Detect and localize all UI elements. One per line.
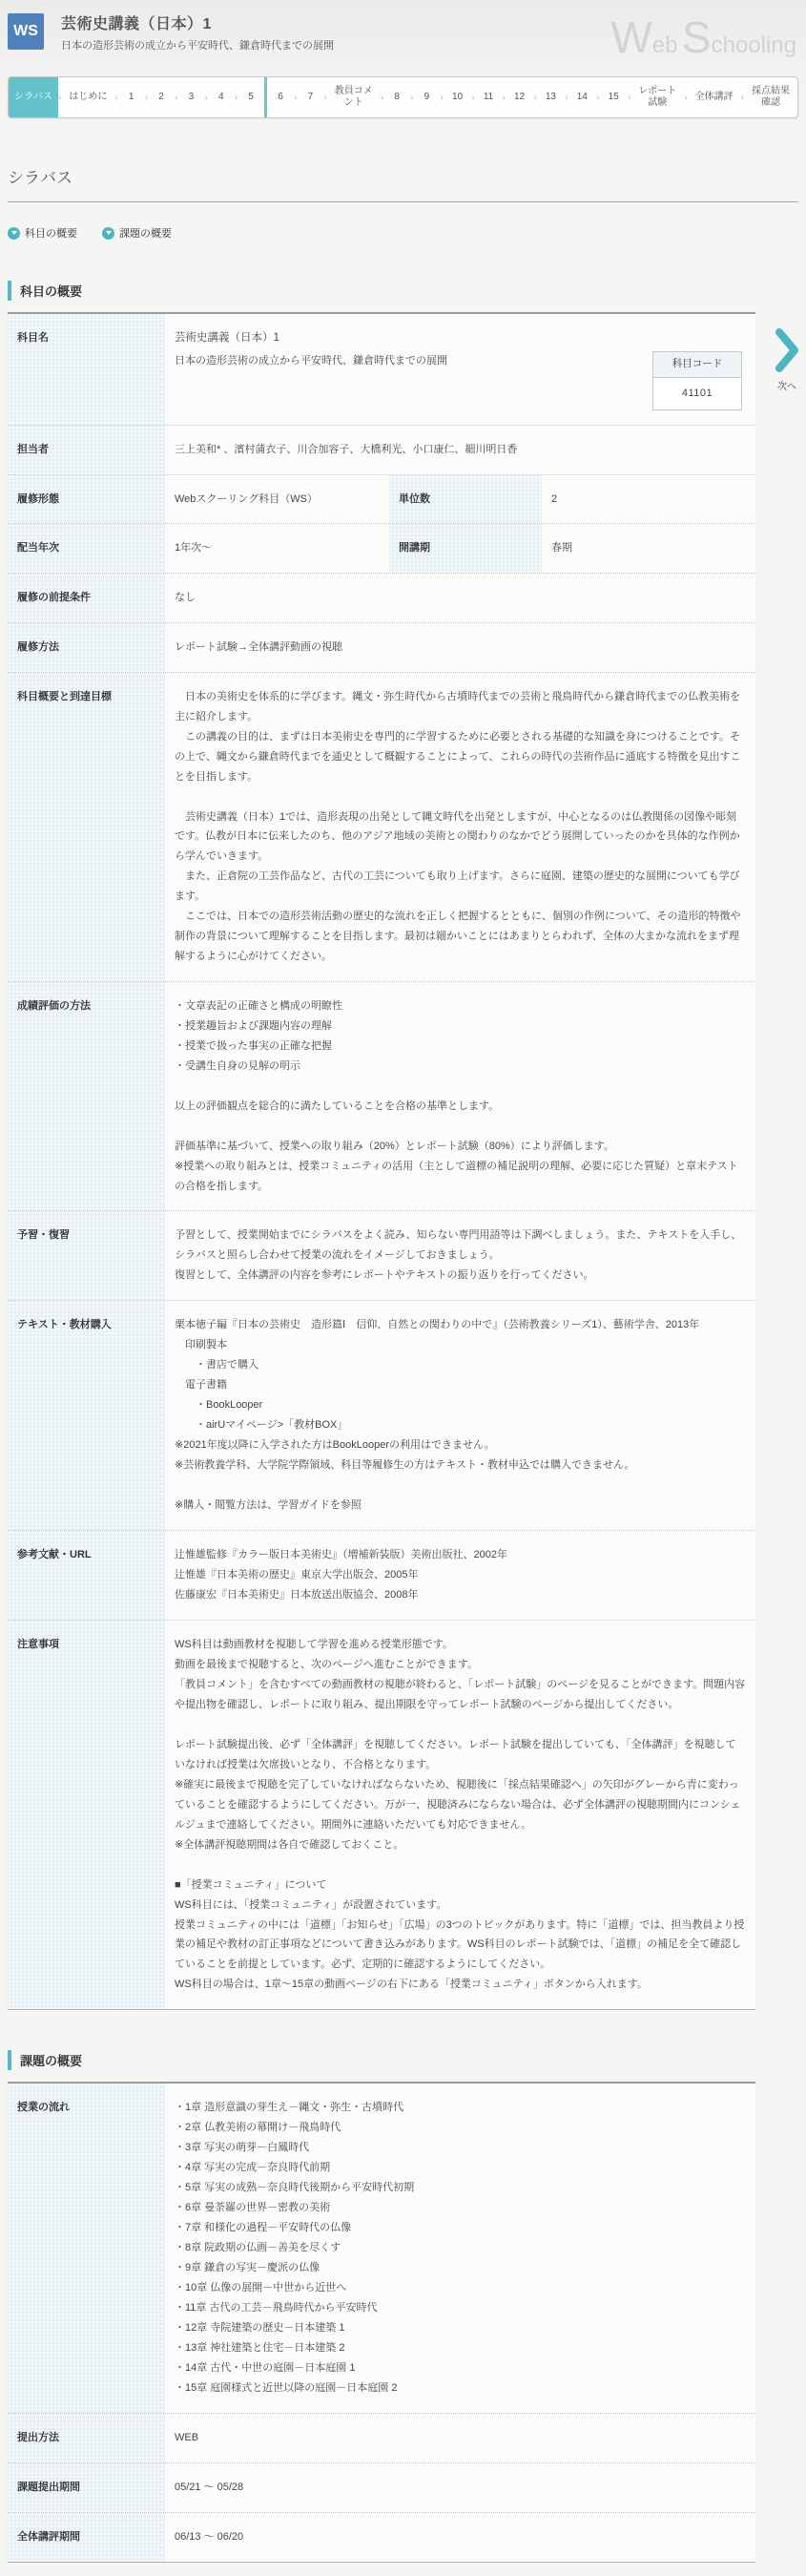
table-row-submit-method: 提出方法 WEB	[8, 2414, 755, 2463]
text-line: ・10章 仏像の展開－中世から近世へ	[175, 2278, 746, 2298]
tab-1[interactable]: 1	[118, 77, 145, 117]
divider	[8, 201, 798, 202]
text-line: ・3章 写実の萌芽－白鳳時代	[175, 2138, 746, 2158]
format-value: Webスクーリング科目（WS）	[165, 475, 389, 524]
row-label-term: 開講期	[389, 524, 542, 573]
anchor-link-course-overview[interactable]: 科目の概要	[8, 225, 77, 241]
text-line: ※購入・閲覧方法は、学習ガイドを参照	[175, 1496, 746, 1516]
text-line: ・13章 神社建築と住宅－日本建築 2	[175, 2338, 746, 2358]
text-line	[175, 787, 746, 807]
tab-採点結果確認[interactable]: 採点結果確認	[744, 77, 797, 117]
anchor-label: 科目の概要	[25, 225, 77, 241]
syllabus-page: WS 芸術史講義（日本）1 日本の造形芸術の成立から平安時代、鎌倉時代までの展開…	[0, 0, 806, 2576]
tab-3[interactable]: 3	[177, 77, 204, 117]
text-line: ・2章 仏教美術の幕開け－飛鳥時代	[175, 2118, 746, 2138]
text-line: ・8章 院政期の仏画－善美を尽くす	[175, 2238, 746, 2258]
text-line: ここでは、日本での造形芸術活動の歴史的な流れを正しく把握するとともに、個別の作例…	[175, 907, 746, 967]
ws-logo: WS	[8, 13, 44, 50]
subject-subtitle: 日本の造形芸術の成立から平安時代、鎌倉時代までの展開	[175, 351, 447, 371]
submit-method-value: WEB	[165, 2414, 755, 2462]
tab-2[interactable]: 2	[148, 77, 175, 117]
grading-text: ・文章表記の正確さと構成の明瞭性・授業趣旨および課題内容の理解・授業で扱った事実…	[165, 982, 755, 1211]
text-line: ※授業への取り組みとは、授業コミュニティの活用（主として道標の補足説明の理解、必…	[175, 1157, 746, 1197]
tab-8[interactable]: 8	[383, 77, 410, 117]
text-line: ・9章 鎌倉の写実－慶派の仏像	[175, 2258, 746, 2278]
row-label: 参考文献・URL	[8, 1531, 165, 1620]
text-line: ・授業趣旨および課題内容の理解	[175, 1016, 746, 1037]
text-line: ・BookLooper	[175, 1395, 746, 1415]
text-line: 辻惟雄監修『カラー版日本美術史』（増補新装版）美術出版社、2002年	[175, 1545, 746, 1565]
table-row-grading: 成績評価の方法 ・文章表記の正確さと構成の明瞭性・授業趣旨および課題内容の理解・…	[8, 982, 755, 1212]
text-line: 授業コミュニティの中には「道標」「お知らせ」「広場」の3つのトピックがあります。…	[175, 1916, 746, 1976]
course-code-value: 41101	[653, 378, 741, 409]
text-line: 辻惟雄『日本美術の歴史』東京大学出版会、2005年	[175, 1565, 746, 1585]
row-label: 履修方法	[8, 623, 165, 672]
text-line: 以上の評価観点を総合的に満たしていることを合格の基準とします。	[175, 1097, 746, 1117]
anchor-link-assignment-overview[interactable]: 課題の概要	[102, 225, 172, 241]
text-line: 「教員コメント」を含むすべての動画教材の視聴が終わると、「レポート試験」のページ…	[175, 1675, 746, 1715]
row-label: 科目名	[8, 314, 165, 425]
submit-period-value: 05/21 ～ 05/28	[165, 2463, 755, 2512]
text-line: ※芸術教養学科、大学院学際領域、科目等履修生の方はテキスト・教材申込では購入でき…	[175, 1456, 746, 1476]
method-value: レポート試験→全体講評動画の視聴	[165, 623, 755, 672]
tab-シラバス[interactable]: シラバス	[9, 77, 58, 117]
text-line: ・7章 和様化の過程－平安時代の仏像	[175, 2218, 746, 2238]
text-line: 栗本徳子編『日本の芸術史 造形篇Ⅰ 信仰、自然との関わりの中で』（芸術教養シリー…	[175, 1315, 746, 1335]
chapter-nav: シラバス›はじめに›1›2›3›4›56›7›教員コメント›8›9›10›11›…	[8, 76, 798, 118]
row-label: 授業の流れ	[8, 2084, 165, 2413]
text-line: ・14章 古代・中世の庭園－日本庭園 1	[175, 2358, 746, 2378]
text-line: ・6章 曼荼羅の世界－密教の美術	[175, 2198, 746, 2218]
text-line: 動画を最後まで視聴すると、次のページへ進むことができます。	[175, 1655, 746, 1675]
brand-letter: W	[610, 12, 651, 62]
term-value: 春期	[542, 524, 733, 573]
text-line: ※確実に最後まで視聴を完了していなければならないため、視聴後に「採点結果確認へ」…	[175, 1775, 746, 1835]
text-line: WS科目は動画教材を視聴して学習を進める授業形態です。	[175, 1635, 746, 1655]
text-line: レポート試験提出後、必ず「全体講評」を視聴してください。レポート試験を提出してい…	[175, 1735, 746, 1775]
table-row-prerequisite: 履修の前提条件 なし	[8, 574, 755, 623]
text-line: この講義の目的は、まずは日本美術史を専門的に学習するために必要とされる基礎的な知…	[175, 727, 746, 787]
row-label: テキスト・教材購入	[8, 1301, 165, 1530]
table-row-flow: 授業の流れ ・1章 造形意識の芽生え－縄文・弥生・古墳時代・2章 仏教美術の幕開…	[8, 2084, 755, 2414]
text-line	[175, 1476, 746, 1496]
tab-4[interactable]: 4	[208, 77, 235, 117]
assignment-table: 授業の流れ ・1章 造形意識の芽生え－縄文・弥生・古墳時代・2章 仏教美術の幕開…	[8, 2082, 755, 2563]
spacer-cell	[733, 524, 755, 573]
table-row-outline: 科目概要と到達目標 日本の美術史を体系的に学びます。縄文・弥生時代から古墳時代ま…	[8, 673, 755, 982]
text-line: ・書店で購入	[175, 1355, 746, 1375]
row-label: 配当年次	[8, 524, 165, 573]
text-line: ■「授業コミュニティ」について	[175, 1875, 746, 1895]
text-line	[175, 1855, 746, 1875]
tab-5[interactable]: 5	[238, 77, 264, 117]
text-line: ・授業で扱った事実の正確な把握	[175, 1037, 746, 1057]
page-title: シラバス	[8, 164, 798, 188]
review-period-value: 06/13 ～ 06/20	[165, 2513, 755, 2562]
anchor-down-icon	[102, 227, 114, 240]
text-line: 印刷製本	[175, 1335, 746, 1355]
text-line: ※全体講評視聴期間は各自で確認しておくこと。	[175, 1835, 746, 1855]
preparation-text: 予習として、授業開始までにシラバスをよく読み、知らない専門用語等は下調べしましょ…	[165, 1211, 755, 1300]
references-text: 辻惟雄監修『カラー版日本美術史』（増補新装版）美術出版社、2002年辻惟雄『日本…	[165, 1531, 755, 1620]
text-line: 電子書籍	[175, 1375, 746, 1395]
subject-cell: 芸術史講義（日本）1 日本の造形芸術の成立から平安時代、鎌倉時代までの展開 科目…	[165, 314, 755, 425]
tab-13[interactable]: 13	[537, 77, 566, 117]
row-label: 科目概要と到達目標	[8, 673, 165, 981]
flow-chapter-list: ・1章 造形意識の芽生え－縄文・弥生・古墳時代・2章 仏教美術の幕開け－飛鳥時代…	[165, 2084, 755, 2413]
table-row-review-period: 全体講評期間 06/13 ～ 06/20	[8, 2513, 755, 2562]
tab-はじめに[interactable]: はじめに	[61, 77, 114, 117]
prerequisite-value: なし	[165, 574, 755, 622]
year-value: 1年次〜	[165, 524, 389, 573]
next-label: 次へ	[771, 378, 803, 392]
text-line: ※2021年度以降に入学された方はBookLooperの利用はできません。	[175, 1435, 746, 1456]
row-label: 履修の前提条件	[8, 574, 165, 622]
text-line: ・4章 写実の完成－奈良時代前期	[175, 2158, 746, 2178]
tab-10[interactable]: 10	[444, 77, 472, 117]
text-line: 芸術史講義（日本）1では、造形表現の出発として縄文時代を出発としますが、中心とな…	[175, 807, 746, 868]
table-row-subject: 科目名 芸術史講義（日本）1 日本の造形芸術の成立から平安時代、鎌倉時代までの展…	[8, 314, 755, 426]
tab-15[interactable]: 15	[599, 77, 628, 117]
subject-name: 芸術史講義（日本）1	[175, 328, 746, 349]
brand-letter: S	[682, 12, 712, 62]
row-label: 成績評価の方法	[8, 982, 165, 1211]
web-schooling-logo: Web Schooling	[610, 15, 796, 59]
textbook-text: 栗本徳子編『日本の芸術史 造形篇Ⅰ 信仰、自然との関わりの中で』（芸術教養シリー…	[165, 1301, 755, 1530]
anchor-label: 課題の概要	[119, 225, 172, 241]
course-code-label: 科目コード	[653, 352, 741, 378]
credits-value: 2	[542, 475, 733, 524]
tab-9[interactable]: 9	[413, 77, 440, 117]
chevron-right-icon	[775, 328, 799, 372]
next-button[interactable]: 次へ	[771, 328, 803, 392]
text-line: WS科目には、「授業コミュニティ」が設置されています。	[175, 1895, 746, 1916]
instructors-value: 三上美和* 、濱村蒲衣子、川合加容子、大橋利光、小口康仁、細川明日香	[165, 426, 755, 474]
course-overview-table: 科目名 芸術史講義（日本）1 日本の造形芸術の成立から平安時代、鎌倉時代までの展…	[8, 312, 755, 2010]
text-line: また、正倉院の工芸作品など、古代の工芸についても取り上げます。さらに庭園、建築の…	[175, 867, 746, 907]
tab-14[interactable]: 14	[568, 77, 597, 117]
text-line: ・11章 古代の工芸－飛鳥時代から平安時代	[175, 2298, 746, 2318]
text-line	[175, 1077, 746, 1097]
row-label: 注意事項	[8, 1621, 165, 2009]
tab-全体講評[interactable]: 全体講評	[688, 77, 741, 117]
text-line: ・5章 写実の成熟－奈良時代後期から平安時代初期	[175, 2178, 746, 2198]
tab-12[interactable]: 12	[506, 77, 534, 117]
text-line: ・文章表記の正確さと構成の明瞭性	[175, 996, 746, 1016]
anchor-links: 科目の概要 課題の概要	[8, 225, 798, 241]
row-label: 全体講評期間	[8, 2513, 165, 2562]
anchor-down-icon	[8, 227, 20, 240]
text-line: 佐藤康宏『日本美術史』日本放送出版協会、2008年	[175, 1585, 746, 1605]
table-row-references: 参考文献・URL 辻惟雄監修『カラー版日本美術史』（増補新装版）美術出版社、20…	[8, 1531, 755, 1621]
spacer-cell	[733, 475, 755, 524]
table-row-format: 履修形態 Webスクーリング科目（WS） 単位数 2	[8, 475, 755, 525]
app-header: WS 芸術史講義（日本）1 日本の造形芸術の成立から平安時代、鎌倉時代までの展開…	[0, 0, 806, 73]
tab-教員コメント[interactable]: 教員コメント	[327, 77, 381, 117]
text-line: ・1章 造形意識の芽生え－縄文・弥生・古墳時代	[175, 2098, 746, 2118]
row-label: 履修形態	[8, 475, 165, 524]
text-line: ・airUマイページ>「教材BOX」	[175, 1415, 746, 1435]
table-row-submit-period: 課題提出期間 05/21 ～ 05/28	[8, 2463, 755, 2513]
tab-11[interactable]: 11	[475, 77, 503, 117]
outline-text: 日本の美術史を体系的に学びます。縄文・弥生時代から古墳時代までの芸術と飛鳥時代か…	[165, 673, 755, 981]
text-line: ・12章 寺院建築の歴史－日本建築 1	[175, 2318, 746, 2338]
table-row-method: 履修方法 レポート試験→全体講評動画の視聴	[8, 623, 755, 673]
row-label: 提出方法	[8, 2414, 165, 2462]
table-row-preparation: 予習・復習 予習として、授業開始までにシラバスをよく読み、知らない専門用語等は下…	[8, 1211, 755, 1301]
text-line: ・15章 庭園様式と近世以降の庭園－日本庭園 2	[175, 2378, 746, 2398]
section-title-assignment-overview: 課題の概要	[8, 2050, 798, 2070]
text-line: 評価基準に基づいて、授業への取り組み（20%）とレポート試験（80%）により評価…	[175, 1137, 746, 1157]
table-row-notes: 注意事項 WS科目は動画教材を視聴して学習を進める授業形態です。動画を最後まで視…	[8, 1621, 755, 2009]
text-line	[175, 1715, 746, 1735]
text-line: 日本の美術史を体系的に学びます。縄文・弥生時代から古墳時代までの芸術と飛鳥時代か…	[175, 687, 746, 727]
section-title-course-overview: 科目の概要	[8, 281, 798, 301]
tab-6[interactable]: 6	[267, 77, 294, 117]
notes-text: WS科目は動画教材を視聴して学習を進める授業形態です。動画を最後まで視聴すると、…	[165, 1621, 755, 2009]
tab-7[interactable]: 7	[297, 77, 323, 117]
row-label: 予習・復習	[8, 1211, 165, 1300]
text-line: 復習として、全体講評の内容を参考にレポートやテキストの振り返りを行ってください。	[175, 1266, 746, 1286]
row-label-credits: 単位数	[389, 475, 542, 524]
row-label: 課題提出期間	[8, 2463, 165, 2512]
tab-レポート試験[interactable]: レポート試験	[630, 77, 684, 117]
text-line: WS科目の場合は、1章〜15章の動画ページの右下にある「授業コミュニティ」ボタン…	[175, 1975, 746, 1995]
course-code-box: 科目コード 41101	[652, 351, 742, 410]
text-line: 予習として、授業開始までにシラバスをよく読み、知らない専門用語等は下調べしましょ…	[175, 1225, 746, 1266]
row-label: 担当者	[8, 426, 165, 474]
text-line	[175, 1117, 746, 1137]
table-row-year: 配当年次 1年次〜 開講期 春期	[8, 524, 755, 574]
text-line: ・受講生自身の見解の明示	[175, 1057, 746, 1077]
table-row-instructors: 担当者 三上美和* 、濱村蒲衣子、川合加容子、大橋利光、小口康仁、細川明日香	[8, 426, 755, 475]
table-row-textbook: テキスト・教材購入 栗本徳子編『日本の芸術史 造形篇Ⅰ 信仰、自然との関わりの中…	[8, 1301, 755, 1531]
